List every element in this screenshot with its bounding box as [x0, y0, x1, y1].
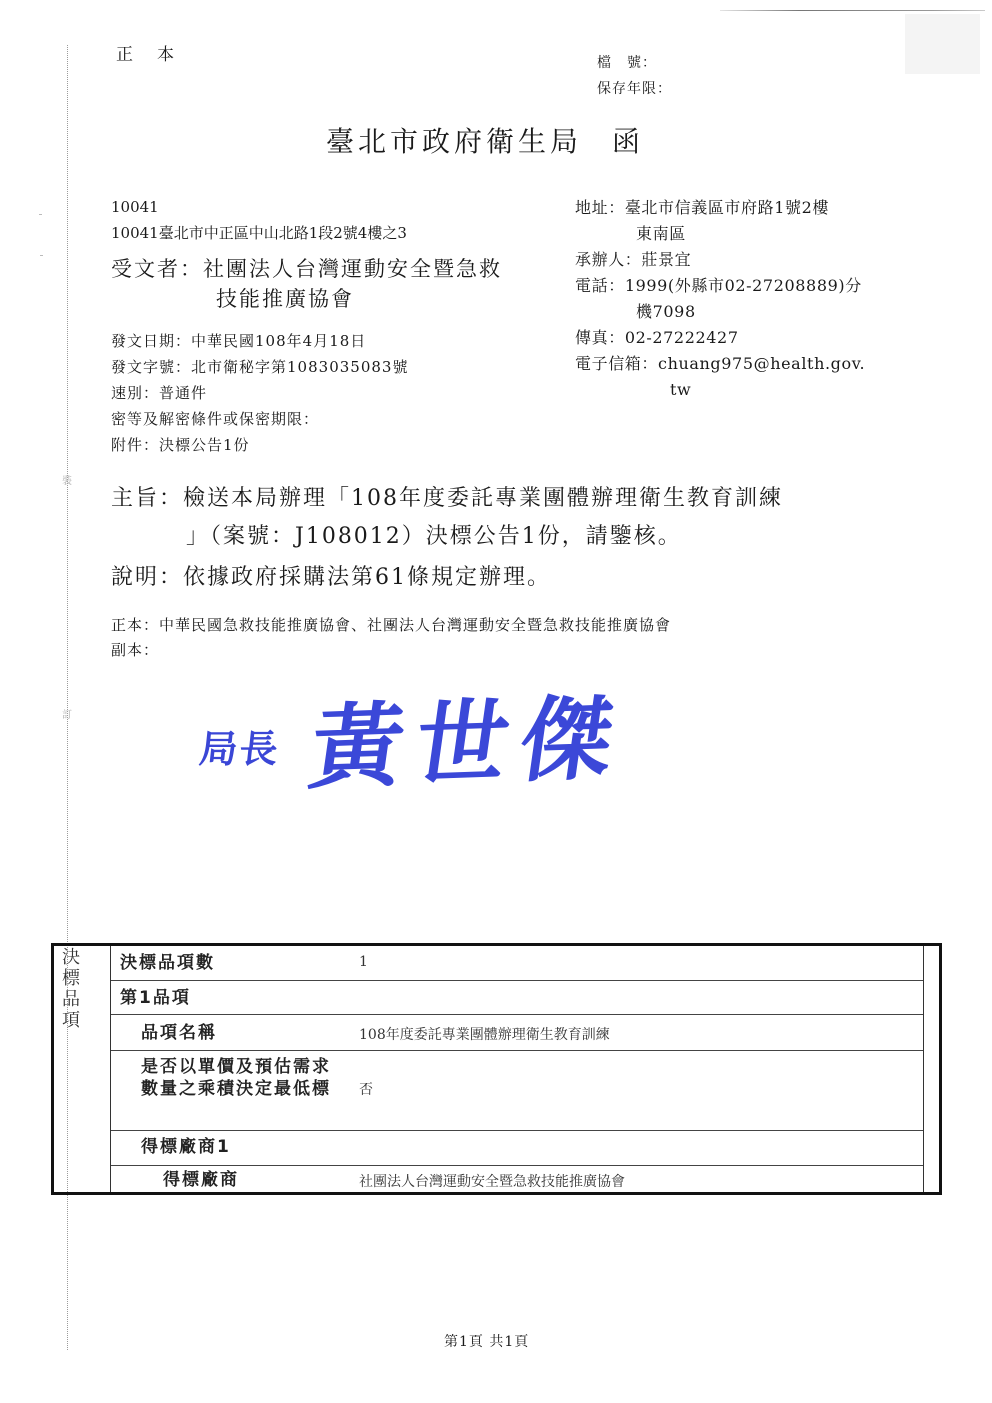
contact-fax-label: 傳真：: [575, 328, 625, 347]
table-row-vendor-1-header: 得標廠商1: [111, 1131, 923, 1166]
document-number-label: 發文字號：: [111, 358, 191, 376]
binding-mark-zhuang: 裝: [60, 472, 74, 487]
contact-email-line2: tw: [575, 377, 895, 403]
secrecy-level: 密等及解密條件或保密期限：: [111, 408, 319, 429]
delivery-speed-value: 普通件: [159, 384, 207, 402]
signature-title-stamp: 局長: [197, 718, 283, 773]
award-table-side-label: 決標品項: [62, 947, 82, 1031]
issue-date: 發文日期：中華民國108年4月18日: [111, 330, 366, 351]
subject-label: 主旨：: [111, 486, 183, 511]
document-title: 臺北市政府衛生局函: [326, 120, 644, 160]
binding-mark-ding: 訂: [60, 706, 74, 721]
copy-recipients-label: 副本：: [111, 641, 159, 659]
item-name-value: 108年度委託專業團體辦理衛生教育訓練: [359, 1024, 610, 1044]
table-row-award-count: 決標品項數 1: [111, 946, 923, 981]
document-number-value: 北市衛秘字第1083035083號: [191, 358, 408, 376]
attachment-label: 附件：: [111, 436, 159, 454]
contact-block: 地址：臺北市信義區市府路1號2樓 東南區 承辦人：莊景宜 電話：1999(外縣市…: [575, 195, 895, 403]
contact-fax: 傳真：02-27222427: [575, 325, 895, 351]
award-count-label: 決標品項數: [120, 952, 215, 974]
attachment-value: 決標公告1份: [159, 436, 250, 454]
contact-address-label: 地址：: [575, 198, 625, 217]
scan-top-rule: [720, 10, 985, 11]
original-recipients-label: 正本：: [111, 616, 159, 634]
contact-email: 電子信箱：chuang975@health.gov.: [575, 351, 895, 377]
explanation-text: 依據政府採購法第61條規定辦理。: [183, 565, 551, 590]
contact-fax-value: 02-27222427: [625, 328, 739, 347]
issue-date-label: 發文日期：: [111, 332, 191, 350]
scan-speck: [40, 255, 43, 256]
subject: 主旨：檢送本局辦理「108年度委託專業團體辦理衛生教育訓練 」（案號：J1080…: [111, 480, 901, 556]
page-indicator: 第1頁 共1頁: [444, 1331, 529, 1351]
original-recipients-value: 中華民國急救技能推廣協會、社團法人台灣運動安全暨急救技能推廣協會: [159, 616, 671, 634]
contact-address-value: 臺北市信義區市府路1號2樓: [625, 198, 829, 217]
item-1-header-label: 第1品項: [120, 987, 191, 1009]
vendor-label: 得標廠商: [163, 1169, 239, 1191]
subject-line2: 」（案號：J108012）決標公告1份，請鑒核。: [111, 518, 901, 556]
contact-phone: 電話：1999(外縣市02-27208889)分: [575, 273, 895, 299]
table-row-item-1-header: 第1品項: [111, 981, 923, 1015]
award-table-side-header: 決標品項: [54, 946, 111, 1192]
recipient-address: 10041臺北市中正區中山北路1段2號4樓之3: [111, 222, 407, 243]
contact-handler-value: 莊景宜: [641, 250, 691, 269]
retention-period-label: 保存年限：: [597, 78, 672, 98]
delivery-speed-label: 速別：: [111, 384, 159, 402]
subject-line1: 檢送本局辦理「108年度委託專業團體辦理衛生教育訓練: [183, 486, 783, 511]
table-row-unit-price-method: 是否以單價及預估需求數量之乘積決定最低標 否: [111, 1051, 923, 1131]
contact-address-line2: 東南區: [575, 221, 895, 247]
recipient-label: 受文者：: [111, 257, 203, 281]
copy-recipients: 副本：: [111, 639, 159, 660]
award-table-grid: 決標品項數 1 第1品項 品項名稱 108年度委託專業團體辦理衛生教育訓練 是否…: [111, 946, 924, 1192]
table-row-item-name: 品項名稱 108年度委託專業團體辦理衛生教育訓練: [111, 1015, 923, 1051]
contact-email-value: chuang975@health.gov.: [658, 354, 865, 373]
recipient-name-line2: 技能推廣協會: [111, 284, 566, 314]
contact-phone-line2: 機7098: [575, 299, 895, 325]
explanation-label: 說明：: [111, 565, 183, 590]
document-title-agency: 臺北市政府衛生局: [326, 125, 582, 158]
signature-name-stamp: 黃世傑: [303, 683, 632, 804]
contact-email-label: 電子信箱：: [575, 354, 658, 373]
recipient-zip: 10041: [111, 198, 159, 216]
document-title-kind: 函: [612, 125, 644, 158]
original-recipients: 正本：中華民國急救技能推廣協會、社團法人台灣運動安全暨急救技能推廣協會: [111, 614, 671, 635]
unit-price-method-value: 否: [359, 1079, 373, 1099]
scan-smudge: [905, 14, 980, 74]
contact-handler: 承辦人：莊景宜: [575, 247, 895, 273]
contact-handler-label: 承辦人：: [575, 250, 641, 269]
contact-phone-label: 電話：: [575, 276, 625, 295]
issue-date-value: 中華民國108年4月18日: [191, 332, 366, 350]
unit-price-method-label: 是否以單價及預估需求數量之乘積決定最低標: [141, 1056, 341, 1100]
document-number: 發文字號：北市衛秘字第1083035083號: [111, 356, 408, 377]
delivery-speed: 速別：普通件: [111, 382, 207, 403]
explanation: 說明：依據政府採購法第61條規定辦理。: [111, 560, 551, 591]
contact-phone-value: 1999(外縣市02-27208889)分: [625, 276, 862, 295]
award-count-value: 1: [359, 954, 368, 970]
secrecy-level-label: 密等及解密條件或保密期限：: [111, 410, 319, 428]
table-row-vendor: 得標廠商 社團法人台灣運動安全暨急救技能推廣協會: [111, 1166, 923, 1195]
scan-speck: [39, 214, 42, 215]
item-name-label: 品項名稱: [141, 1022, 217, 1044]
award-item-table: 決標品項 決標品項數 1 第1品項 品項名稱 108年度委託專業團體辦理衛生教育…: [51, 943, 942, 1195]
vendor-1-header-label: 得標廠商1: [141, 1136, 231, 1158]
recipient: 受文者：社團法人台灣運動安全暨急救 技能推廣協會: [111, 254, 566, 314]
recipient-name-line1: 社團法人台灣運動安全暨急救: [203, 257, 502, 281]
file-number-label: 檔 號：: [597, 52, 657, 72]
contact-address: 地址：臺北市信義區市府路1號2樓: [575, 195, 895, 221]
award-table-right-strip: [924, 946, 942, 1192]
copy-type-label: 正本: [116, 40, 198, 65]
attachment: 附件：決標公告1份: [111, 434, 250, 455]
vendor-value: 社團法人台灣運動安全暨急救技能推廣協會: [359, 1171, 625, 1191]
